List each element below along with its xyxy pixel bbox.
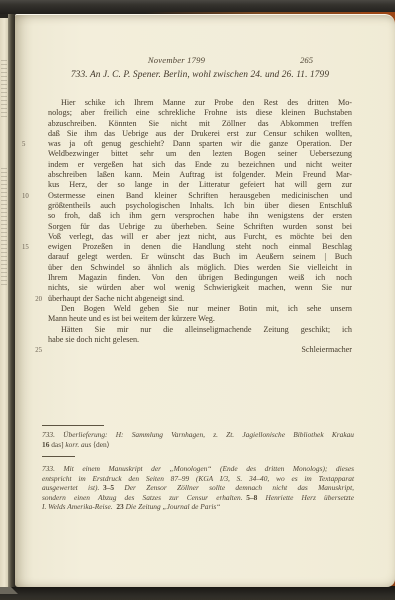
letter-line-text: daß Sie ihm das Uebrige aus der Drukerei… [48, 129, 352, 138]
letter-line-text: kus Herz, der so lange in der Litteratur… [48, 180, 352, 189]
letter-line: 10Ostermesse einen Band kleiner Schrifte… [48, 191, 352, 201]
margin-line-number: 5 [22, 140, 42, 150]
letter-line-text: Weldbezwinger bittet sehr um den lezten … [48, 149, 352, 158]
footnote-segment: Mit einem Manuskript der „Monologen“ (En… [64, 464, 355, 473]
letter-line-text: darauf gelegt werden. Er wünscht das Buc… [48, 252, 352, 261]
footnote-segment: Henriette Herz übersetzte [265, 493, 354, 502]
running-header: November 1799 265 [40, 55, 313, 67]
letter-line-text: Sorgen für das Uebrige zu überheben. Sei… [48, 222, 352, 231]
apparatus-block: 733. Überlieferung: H: Sammlung Varnhage… [42, 430, 354, 449]
footnote-segment: 733. [42, 464, 55, 473]
letter-line-text: größtentheils auch psychologischen Inhal… [48, 201, 352, 210]
letter-line-text: abschreiben laßen kann. Mein Auftrag ist… [48, 170, 352, 179]
footnote-segment: das] [49, 440, 65, 449]
running-header-title: November 1799 [40, 55, 313, 65]
letter-line: abzuschreiben. Könnten Sie nicht mit Zöl… [48, 119, 352, 129]
footnote-segment: sondern einen Abzug des Satzes zur Censu… [42, 493, 243, 502]
letter-line: über den Schwindel so ähnlich als möglic… [48, 263, 352, 273]
letter-line: Weldbezwinger bittet sehr um den lezten … [48, 149, 352, 159]
letter-line-text: Hier schike ich Ihrem Manne zur Probe de… [61, 98, 352, 107]
letter-line: abschreiben laßen kann. Mein Auftrag ist… [48, 170, 352, 180]
scan-background: November 1799 265 733. An J. C. P. Spene… [0, 0, 395, 600]
letter-line-text: Ostermesse einen Band kleiner Schriften … [48, 191, 352, 200]
letter-line: 15ewigen Prozeßen in denen die Handlung … [48, 242, 352, 252]
letter-line: 5was ja oft genug geschieht? Dann sparte… [48, 139, 352, 149]
footnote-segment [55, 464, 64, 473]
commentary-line: I. Welds Amerika-Reise. 23 Die Zeitung „… [42, 502, 354, 512]
letter-line-text: Hätten Sie mir nur die alleinseligmachen… [61, 325, 352, 334]
footnote-segment: 3–5 [103, 483, 114, 492]
footnote-segment: 23 [116, 502, 123, 511]
letter-line-text: Schleiermacher [301, 345, 352, 354]
commentary-line: 733. Mit einem Manuskript der „Monologen… [42, 464, 354, 474]
footnote-segment: Der Zensor Zöllner sollte demnach nicht … [124, 483, 354, 492]
letter-line-text: nologs; aber freilich eine schrekliche F… [48, 108, 352, 117]
letter-line: Voß verlegt, das will er aber jezt nicht… [48, 232, 352, 242]
facing-page-edge [0, 18, 8, 587]
margin-line-number: 15 [22, 243, 42, 253]
book-cover-bottom [0, 586, 395, 600]
letter-line: Ihrem Magazin finden. Von den übrigen Be… [48, 273, 352, 283]
apparatus-rule [42, 425, 104, 426]
letter-line: 20überhaupt der Sache nicht abgeneigt si… [48, 294, 352, 304]
letter-line-text: Ihrem Magazin finden. Von den übrigen Be… [48, 273, 352, 282]
letter-line: nichts, sie würden aber wol wenig Schwie… [48, 283, 352, 293]
letter-line: nologs; aber freilich eine schrekliche F… [48, 108, 352, 118]
letter-body: Hier schike ich Ihrem Manne zur Probe de… [48, 98, 352, 355]
letter-line: Sorgen für das Uebrige zu überheben. Sei… [48, 222, 352, 232]
letter-line: darauf gelegt werden. Er wünscht das Buc… [48, 252, 352, 262]
letter-line-text: Voß verlegt, das will er aber jezt nicht… [48, 232, 352, 241]
letter-line-text: Den Bogen Weld geben Sie nur meiner Boti… [61, 304, 352, 313]
letter-line: 25Schleiermacher [48, 345, 352, 355]
letter-line: Mann heute und es ist bei weitem der kür… [48, 314, 352, 324]
letter-line-text: so froh, daß ich ihm gern versprochen ha… [48, 211, 352, 220]
letter-line: Hier schike ich Ihrem Manne zur Probe de… [48, 98, 352, 108]
apparatus-line: 733. Überlieferung: H: Sammlung Varnhage… [42, 430, 354, 440]
footnote-segment: I. Welds Amerika-Reise. [42, 502, 113, 511]
footnote-segment [55, 430, 63, 439]
margin-line-number: 25 [22, 346, 42, 356]
commentary-line: entspricht im Erstdruck den Seiten 87–99… [42, 474, 354, 484]
letter-line-text: indem er vergeßen hat sich das Ende zu b… [48, 160, 352, 169]
commentary-line: ausgewertet ist). 3–5 Der Zensor Zöllner… [42, 483, 354, 493]
letter-line-text: abzuschreiben. Könnten Sie nicht mit Zöl… [48, 119, 352, 128]
footnote-segment [114, 483, 124, 492]
letter-line: so froh, daß ich ihm gern versprochen ha… [48, 211, 352, 221]
footnote-segment: korr. aus [65, 440, 91, 449]
letter-line: Den Bogen Weld geben Sie nur meiner Boti… [48, 304, 352, 314]
letter-line: kus Herz, der so lange in der Litteratur… [48, 180, 352, 190]
margin-line-number: 20 [22, 295, 42, 305]
letter-line: habe sie doch nicht gelesen. [48, 335, 352, 345]
letter-line: daß Sie ihm das Uebrige aus der Drukerei… [48, 129, 352, 139]
commentary-line: sondern einen Abzug des Satzes zur Censu… [42, 493, 354, 503]
footnote-segment: 5–8 [246, 493, 257, 502]
footnote-segment: 733. [42, 430, 55, 439]
book-page: November 1799 265 733. An J. C. P. Spene… [15, 14, 395, 587]
footnote-segment: entspricht im Erstdruck den Seiten 87–99… [42, 474, 354, 483]
page-edge-print-bleed [1, 60, 7, 120]
footnote-segment: ausgewertet ist). [42, 483, 99, 492]
letter-line-text: Mann heute und es ist bei weitem der kür… [48, 314, 215, 323]
commentary-block: 733. Mit einem Manuskript der „Monologen… [42, 464, 354, 512]
letter-line-text: ewigen Prozeßen in denen die Handlung st… [48, 242, 352, 251]
letter-line-text: überhaupt der Sache nicht abgeneigt sind… [48, 294, 184, 303]
letter-line: Hätten Sie mir nur die alleinseligmachen… [48, 325, 352, 335]
footnote-segment: Überlieferung: H: Sammlung Varnhagen, z.… [63, 430, 354, 439]
footnote-segment: Die Zeitung „Journal de Paris“ [126, 502, 221, 511]
commentary-rule [42, 456, 75, 457]
letter-heading: 733. An J. C. P. Spener. Berlin, wohl zw… [48, 70, 352, 80]
page-number: 265 [300, 55, 313, 65]
letter-line-text: nichts, sie würden aber wol wenig Schwie… [48, 283, 352, 292]
letter-line-text: habe sie doch nicht gelesen. [48, 335, 139, 344]
apparatus-line: 16 das] korr. aus ⟨den⟩ [42, 440, 354, 450]
letter-line-text: über den Schwindel so ähnlich als möglic… [48, 263, 352, 272]
page-edge-print-bleed [1, 168, 7, 288]
letter-line-text: was ja oft genug geschieht? Dann sparten… [48, 139, 352, 148]
margin-line-number: 10 [22, 192, 42, 202]
letter-line: größtentheils auch psychologischen Inhal… [48, 201, 352, 211]
footnote-segment: ⟨den⟩ [91, 440, 109, 449]
letter-line: indem er vergeßen hat sich das Ende zu b… [48, 160, 352, 170]
